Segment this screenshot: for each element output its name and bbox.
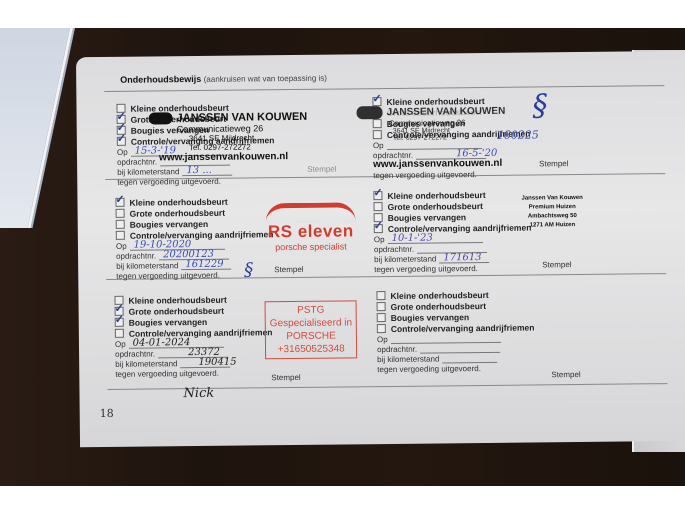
service-entry-bottom-right: Kleine onderhoudsbeurt Grote onderhoudsb… <box>376 288 534 374</box>
divider <box>104 85 664 92</box>
stamp-website: www.janssenvankouwen.nl <box>159 151 308 164</box>
checkbox-grote[interactable] <box>377 302 386 311</box>
label-date: Op <box>374 235 385 244</box>
page-header: Onderhoudsbewijs (aankruisen wat van toe… <box>120 73 327 85</box>
label-tegen: tegen vergoeding uitgevoerd. <box>115 369 219 379</box>
label-date: Op <box>117 148 128 157</box>
label-grote: Grote onderhoudsbeurt <box>391 300 486 311</box>
stamp-pstg: PSTG Gespecialiseerd in PORSCHE +3165052… <box>265 300 358 359</box>
stamp-rs-eleven: RS eleven porsche specialist <box>266 202 357 252</box>
car-silhouette-icon <box>266 202 356 222</box>
label-order: opdrachtnr. <box>115 349 155 358</box>
jvk-logo-icon <box>149 112 173 124</box>
label-date: Op <box>373 141 384 150</box>
stamp-janssen-van-kouwen-huizen: Janssen Van Kouwen Premium Huizen Ambach… <box>521 194 583 231</box>
label-tegen: tegen vergoeding uitgevoerd. <box>117 177 221 187</box>
page-subtitle: (aankruisen wat van toepassing is) <box>204 74 327 84</box>
label-grote: Grote onderhoudsbeurt <box>129 305 224 316</box>
label-mileage: bij kilometerstand <box>115 359 177 369</box>
label-order: opdrachtnr. <box>377 345 417 354</box>
checkbox-grote[interactable] <box>374 202 383 211</box>
page-title: Onderhoudsbewijs <box>120 74 201 85</box>
checkbox-controle[interactable] <box>377 324 386 333</box>
stempel-label: Stempel <box>274 265 303 274</box>
label-mileage: bij kilometerstand <box>377 354 439 364</box>
checkbox-controle[interactable] <box>117 137 126 146</box>
date-value: 10-1-'23 <box>392 233 433 244</box>
checkbox-controle[interactable] <box>116 231 125 240</box>
mileage-value: 171613 <box>443 252 481 263</box>
stamp-name: JANSSEN VAN KOUWEN <box>387 106 506 118</box>
stamp-website: www.janssenvankouwen.nl <box>373 158 502 170</box>
label-mileage: bij kilometerstand <box>374 255 436 265</box>
label-bougies: Bougies vervangen <box>391 312 470 323</box>
service-entry-middle-right: Kleine onderhoudsbeurt Grote onderhoudsb… <box>373 189 531 275</box>
label-bougies: Bougies vervangen <box>130 218 209 229</box>
stamp-tagline: porsche specialist <box>266 241 356 252</box>
checkbox-kleine[interactable] <box>373 191 382 200</box>
mileage-value: 160225 <box>497 128 542 443</box>
stamp-line3: PORSCHE <box>270 329 352 343</box>
label-order: opdrachtnr. <box>116 251 156 260</box>
mileage-value: 13 ... <box>186 165 212 176</box>
signature: § <box>244 259 253 280</box>
page-number: 18 <box>100 407 114 420</box>
checkbox-controle[interactable] <box>115 329 124 338</box>
stempel-label: Stempel <box>542 260 571 269</box>
service-booklet-page: Onderhoudsbewijs (aankruisen wat van toe… <box>76 51 685 447</box>
date-value: 16-5-'20 <box>456 148 497 159</box>
label-kleine: Kleine onderhoudsbeurt <box>129 196 227 207</box>
label-tegen: tegen vergoeding uitgevoerd. <box>373 170 477 180</box>
stempel-label: Stempel <box>539 159 568 168</box>
stempel-label: Stempel <box>307 165 336 174</box>
label-date: Op <box>377 335 388 344</box>
stamp-janssen-van-kouwen: JANSSEN VAN KOUWEN Communicatieweg 26 36… <box>149 111 308 164</box>
stamp-janssen-van-kouwen: JANSSEN VAN KOUWEN Communicatieweg 26 36… <box>357 105 506 143</box>
label-grote: Grote onderhoudsbeurt <box>130 207 225 218</box>
label-order: opdrachtnr. <box>374 245 414 254</box>
label-mileage: bij kilometerstand <box>116 261 178 271</box>
checkbox-bougies[interactable] <box>116 220 125 229</box>
label-kleine: Kleine onderhoudsbeurt <box>390 289 488 300</box>
label-kleine: Kleine onderhoudsbeurt <box>128 294 226 305</box>
label-tegen: tegen vergoeding uitgevoerd. <box>374 264 478 274</box>
photo: Onderhoudsbewijs (aankruisen wat van toe… <box>0 28 685 486</box>
label-date: Op <box>116 242 127 251</box>
checkbox-bougies[interactable] <box>115 318 124 327</box>
checkbox-bougies[interactable] <box>377 313 386 322</box>
label-grote: Grote onderhoudsbeurt <box>388 201 483 212</box>
label-tegen: tegen vergoeding uitgevoerd. <box>116 271 220 281</box>
label-bougies: Bougies vervangen <box>129 316 208 327</box>
date-value: 04-01-2024 <box>133 337 191 349</box>
stamp-line4: +31650525348 <box>270 342 352 356</box>
checkbox-kleine[interactable] <box>376 291 385 300</box>
mileage-value: 190415 <box>198 357 236 368</box>
label-kleine: Kleine onderhoudsbeurt <box>387 189 485 200</box>
jvk-logo-icon <box>357 106 383 119</box>
checkbox-controle[interactable] <box>374 224 383 233</box>
label-tegen: tegen vergoeding uitgevoerd. <box>377 364 481 374</box>
stempel-label: Stempel <box>551 370 580 379</box>
label-date: Op <box>115 340 126 349</box>
checkbox-kleine[interactable] <box>115 198 124 207</box>
label-mileage: bij kilometerstand <box>117 167 179 177</box>
stempel-label: Stempel <box>271 373 300 382</box>
stamp-line4: 1271 AM Huizen <box>522 221 583 231</box>
checkbox-kleine[interactable] <box>372 97 381 106</box>
mileage-value: 161229 <box>185 259 223 270</box>
signature: § <box>532 88 547 123</box>
stamp-name: JANSSEN VAN KOUWEN <box>177 111 308 124</box>
stamp-phone: Tel. 0297-272272 <box>393 134 506 142</box>
stamp-brand: RS eleven <box>266 221 356 242</box>
label-controle: Controle/vervanging aandrijfriemen <box>391 322 535 334</box>
label-bougies: Bougies vervangen <box>388 212 467 223</box>
stamp-line2: Gespecialiseerd in <box>270 316 352 330</box>
service-entry-bottom-left: Kleine onderhoudsbeurt Grote onderhoudsb… <box>114 293 272 379</box>
signature: Nick <box>183 386 214 401</box>
paper-stack <box>0 28 73 228</box>
checkbox-grote[interactable] <box>116 209 125 218</box>
stamp-line1: PSTG <box>270 303 352 317</box>
